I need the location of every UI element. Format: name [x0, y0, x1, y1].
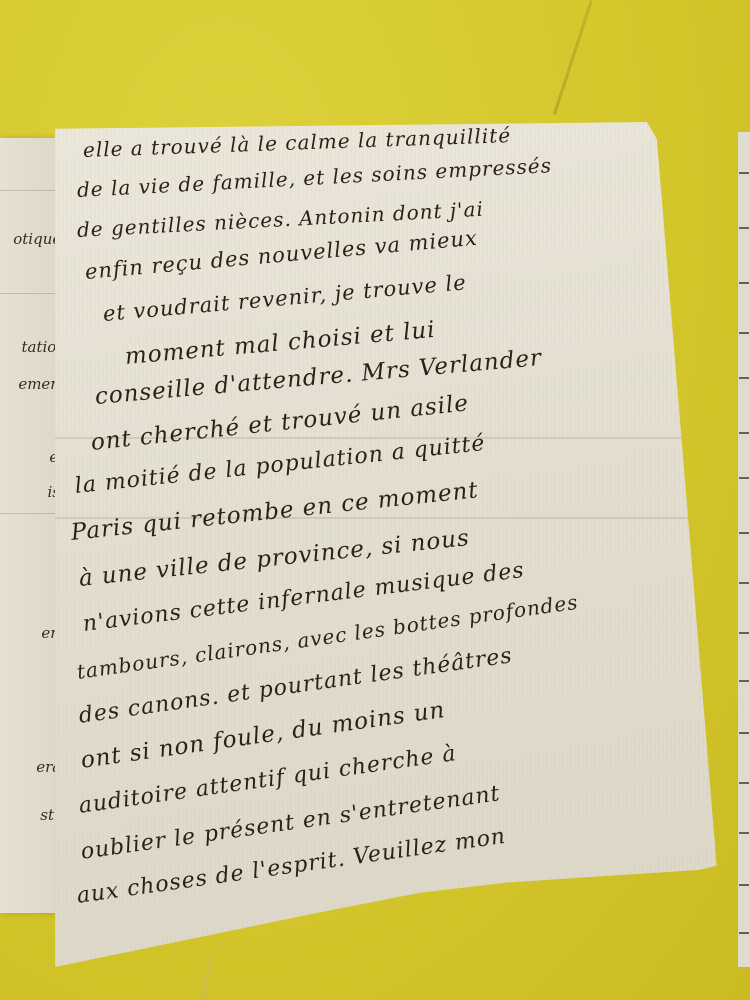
letter-line: elle a trouvé là le calme la tranquillit… [83, 123, 512, 162]
background-crack [553, 0, 593, 115]
background-fiber [200, 955, 212, 1000]
letter-line: de la vie de famille, et les soins empre… [76, 153, 552, 202]
letter-page: elle a trouvé là le calme la tranquillit… [55, 122, 720, 967]
right-page-edge [738, 132, 750, 967]
photo-scene: otique, tation ement s es ist e r ent s … [0, 0, 750, 1000]
letter-line: et voudrait revenir, je trouve le [102, 270, 468, 326]
